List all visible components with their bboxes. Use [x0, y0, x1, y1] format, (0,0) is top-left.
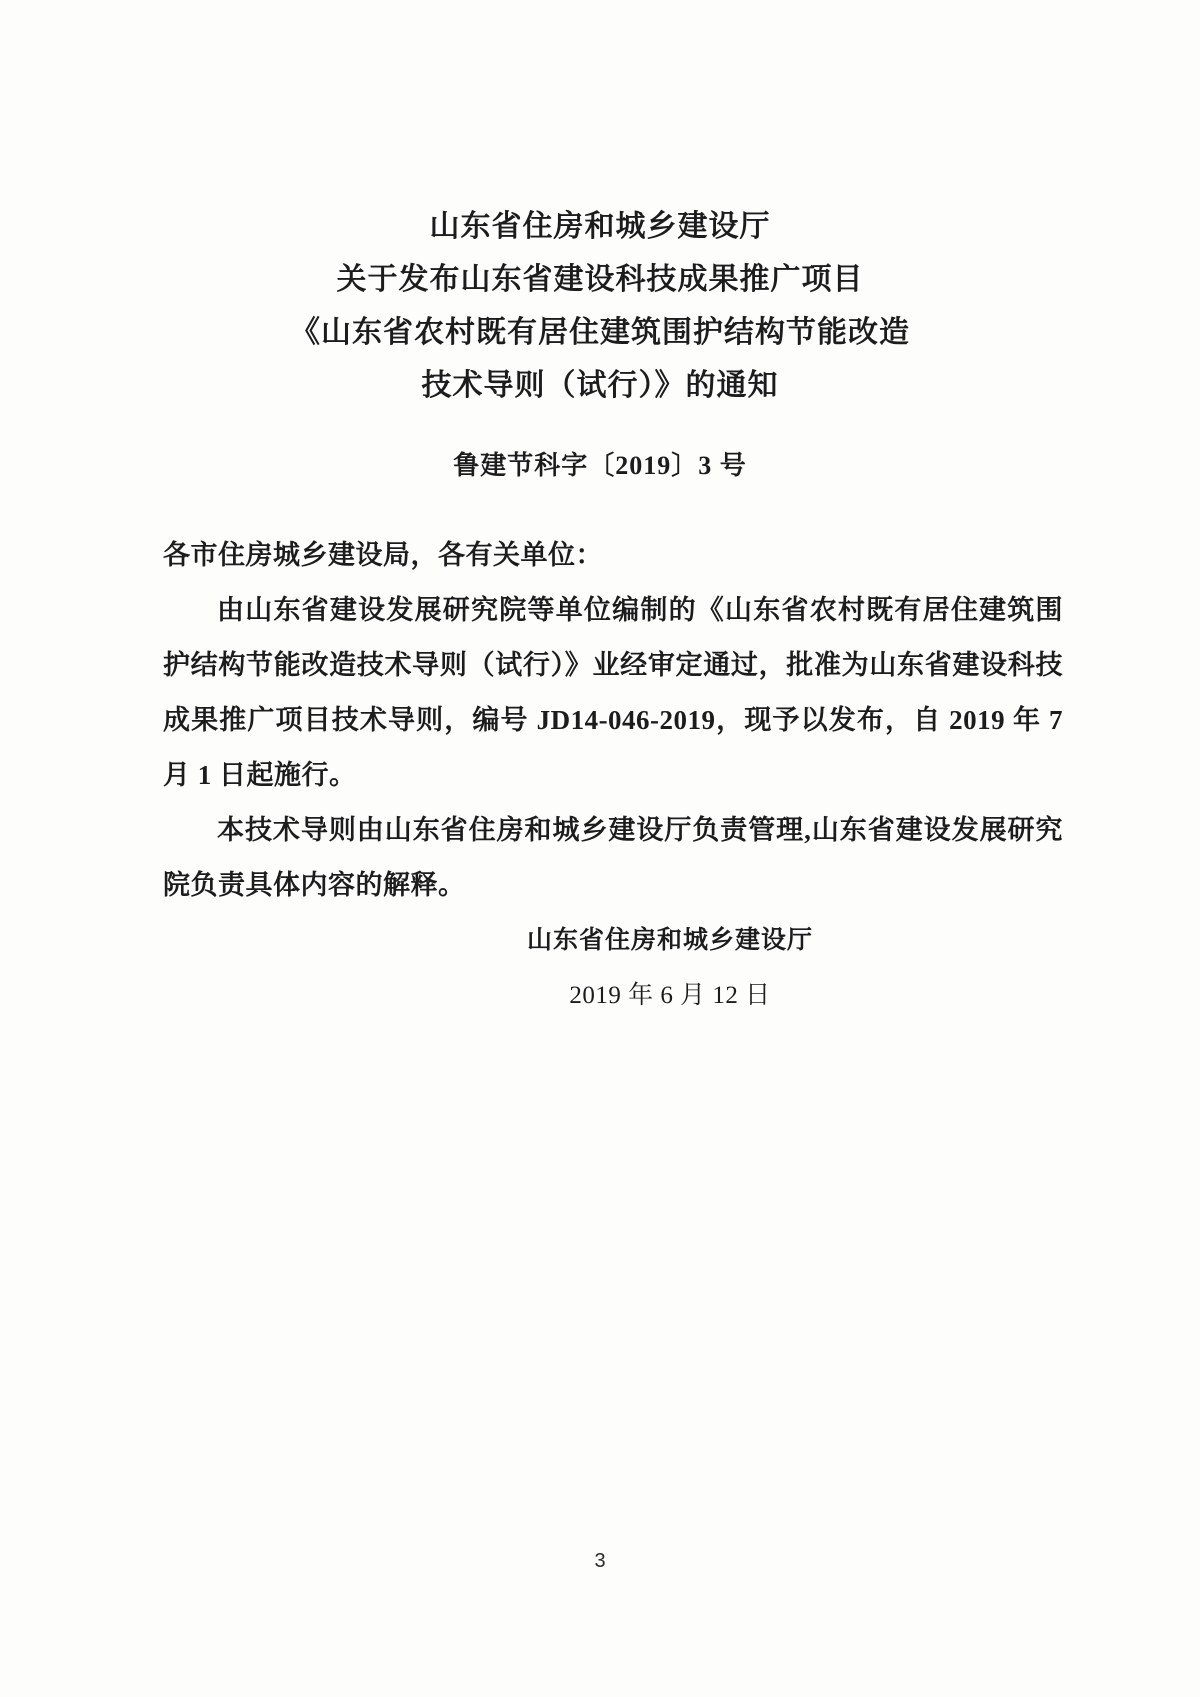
document-title: 山东省住房和城乡建设厅 关于发布山东省建设科技成果推广项目 《山东省农村既有居住…: [0, 0, 1200, 412]
body-paragraph-1: 由山东省建设发展研究院等单位编制的《山东省农村既有居住建筑围护结构节能改造技术导…: [163, 583, 1063, 803]
page-number: 3: [0, 1550, 1200, 1573]
signature-date: 2019 年 6 月 12 日: [527, 968, 813, 1023]
title-line-1: 山东省住房和城乡建设厅: [0, 200, 1200, 253]
document-number: 鲁建节科字〔2019〕3 号: [0, 446, 1200, 486]
body-paragraph-2: 本技术导则由山东省住房和城乡建设厅负责管理,山东省建设发展研究院负责具体内容的解…: [163, 803, 1063, 913]
title-line-3: 《山东省农村既有居住建筑围护结构节能改造: [0, 306, 1200, 359]
document-page: 山东省住房和城乡建设厅 关于发布山东省建设科技成果推广项目 《山东省农村既有居住…: [0, 0, 1200, 1697]
signature-block: 山东省住房和城乡建设厅 2019 年 6 月 12 日: [527, 913, 813, 1023]
document-body: 各市住房城乡建设局，各有关单位： 由山东省建设发展研究院等单位编制的《山东省农村…: [163, 528, 1063, 1023]
signature-organization: 山东省住房和城乡建设厅: [527, 913, 813, 968]
salutation: 各市住房城乡建设局，各有关单位：: [163, 528, 1063, 583]
title-line-4: 技术导则（试行）》的通知: [0, 359, 1200, 412]
title-line-2: 关于发布山东省建设科技成果推广项目: [0, 253, 1200, 306]
